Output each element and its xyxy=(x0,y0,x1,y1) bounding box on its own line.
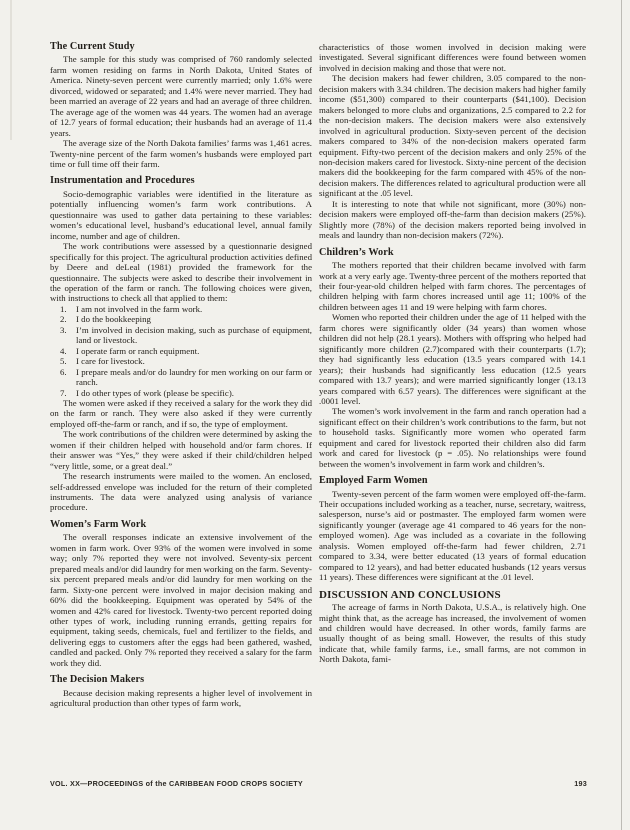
paragraph-continuation: characteristics of those women involved … xyxy=(319,42,586,73)
list-item-text: I am not involved in the farm work. xyxy=(76,304,202,314)
list-item-number: 7. xyxy=(60,388,67,398)
scan-artifact-left xyxy=(10,0,12,140)
paragraph: It is interesting to note that while not… xyxy=(319,199,586,241)
scanned-paper-page: The Current Study The sample for this st… xyxy=(0,0,630,830)
paragraph: The women’s work involvement in the farm… xyxy=(319,406,586,469)
footer-journal-title: VOL. XX—PROCEEDINGS of the CARIBBEAN FOO… xyxy=(50,779,303,788)
list-item-text: I do the bookkeeping xyxy=(76,314,151,324)
paragraph: Women who reported their children under … xyxy=(319,312,586,406)
paragraph: Socio-demographic variables were identif… xyxy=(50,189,312,241)
footer-page-number: 193 xyxy=(574,779,587,788)
paragraph: The work contributions of the children w… xyxy=(50,429,312,471)
list-item: 1. I am not involved in the farm work. xyxy=(50,304,312,314)
section-heading-decision-makers: The Decision Makers xyxy=(50,675,312,685)
paragraph: The work contributions were assessed by … xyxy=(50,241,312,304)
paragraph: The research instruments were mailed to … xyxy=(50,471,312,513)
paragraph: Because decision making represents a hig… xyxy=(50,688,312,709)
list-item-number: 1. xyxy=(60,304,67,314)
section-heading-instrumentation: Instrumentation and Procedures xyxy=(50,176,312,186)
list-item-number: 2. xyxy=(60,314,67,324)
paragraph: The acreage of farms in North Dakota, U.… xyxy=(319,602,586,665)
paragraph: The average size of the North Dakota fam… xyxy=(50,138,312,169)
section-heading-womens-farm-work: Women’s Farm Work xyxy=(50,520,312,530)
list-item-text: I operate farm or ranch equipment. xyxy=(76,346,199,356)
list-item-text: I care for livestock. xyxy=(76,356,145,366)
paragraph: The sample for this study was comprised … xyxy=(50,54,312,138)
section-heading-childrens-work: Children’s Work xyxy=(319,248,586,258)
section-heading-discussion-conclusions: DISCUSSION AND CONCLUSIONS xyxy=(319,590,586,600)
list-item-text: I prepare meals and/or do laundry for me… xyxy=(76,367,312,387)
page-footer: VOL. XX—PROCEEDINGS of the CARIBBEAN FOO… xyxy=(50,779,587,788)
list-item: 2. I do the bookkeeping xyxy=(50,314,312,324)
paragraph: Twenty-seven percent of the farm women w… xyxy=(319,489,586,583)
paragraph: The women were asked if they received a … xyxy=(50,398,312,429)
paragraph: The overall responses indicate an extens… xyxy=(50,532,312,668)
left-column: The Current Study The sample for this st… xyxy=(50,42,312,709)
list-item-number: 3. xyxy=(60,325,67,335)
list-item: 3. I’m involved in decision making, such… xyxy=(50,325,312,346)
questionnaire-choices-list: 1. I am not involved in the farm work. 2… xyxy=(50,304,312,398)
list-item-number: 4. xyxy=(60,346,67,356)
list-item-text: I do other types of work (please be spec… xyxy=(76,388,234,398)
list-item-number: 5. xyxy=(60,356,67,366)
paragraph: The decision makers had fewer children, … xyxy=(319,73,586,198)
list-item: 4. I operate farm or ranch equipment. xyxy=(50,346,312,356)
list-item: 7. I do other types of work (please be s… xyxy=(50,388,312,398)
list-item-number: 6. xyxy=(60,367,67,377)
scan-edge-line xyxy=(621,0,622,830)
list-item: 6. I prepare meals and/or do laundry for… xyxy=(50,367,312,388)
list-item-text: I’m involved in decision making, such as… xyxy=(76,325,312,345)
right-column: characteristics of those women involved … xyxy=(319,42,586,665)
section-heading-employed-farm-women: Employed Farm Women xyxy=(319,476,586,486)
paragraph: The mothers reported that their children… xyxy=(319,260,586,312)
list-item: 5. I care for livestock. xyxy=(50,356,312,366)
section-heading-current-study: The Current Study xyxy=(50,42,312,52)
